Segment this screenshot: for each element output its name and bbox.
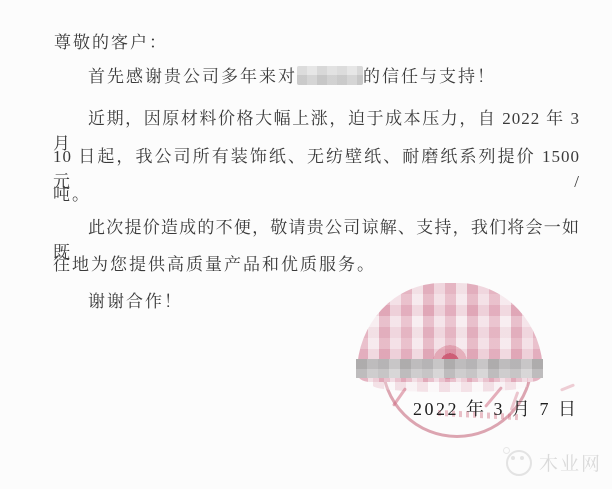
watermark-label: 木业网 <box>539 449 602 476</box>
notice-line-3: 吨。 <box>53 180 91 205</box>
thanks-text-after: 的信任与支持！ <box>363 67 496 86</box>
seal-name-redaction-band <box>356 359 543 378</box>
letter-greeting: 尊敬的客户： <box>54 28 168 53</box>
letter-thanks-line: 首先感谢贵公司多年来对的信任与支持！ <box>88 62 496 87</box>
seal-ink-stroke <box>560 383 575 391</box>
thanks-text-before: 首先感谢贵公司多年来对 <box>88 67 297 86</box>
letter-closing: 谢谢合作！ <box>88 287 183 312</box>
notice-line-2: 10 日起，我公司所有装饰纸、无纺壁纸、耐磨纸系列提价 1500 元/ <box>53 142 580 192</box>
redacted-company-name <box>297 66 363 85</box>
letter-date: 2022 年 3 月 7 日 <box>413 395 579 421</box>
apology-line-2: 往地为您提供高质量产品和优质服务。 <box>53 250 376 275</box>
company-seal-pixelated-lower <box>373 378 528 392</box>
watermark: 木业网 <box>506 449 602 476</box>
scanned-letter-page: 尊敬的客户： 首先感谢贵公司多年来对的信任与支持！ 近期，因原材料价格大幅上涨，… <box>0 0 612 489</box>
muyewang-logo-icon <box>506 450 532 476</box>
